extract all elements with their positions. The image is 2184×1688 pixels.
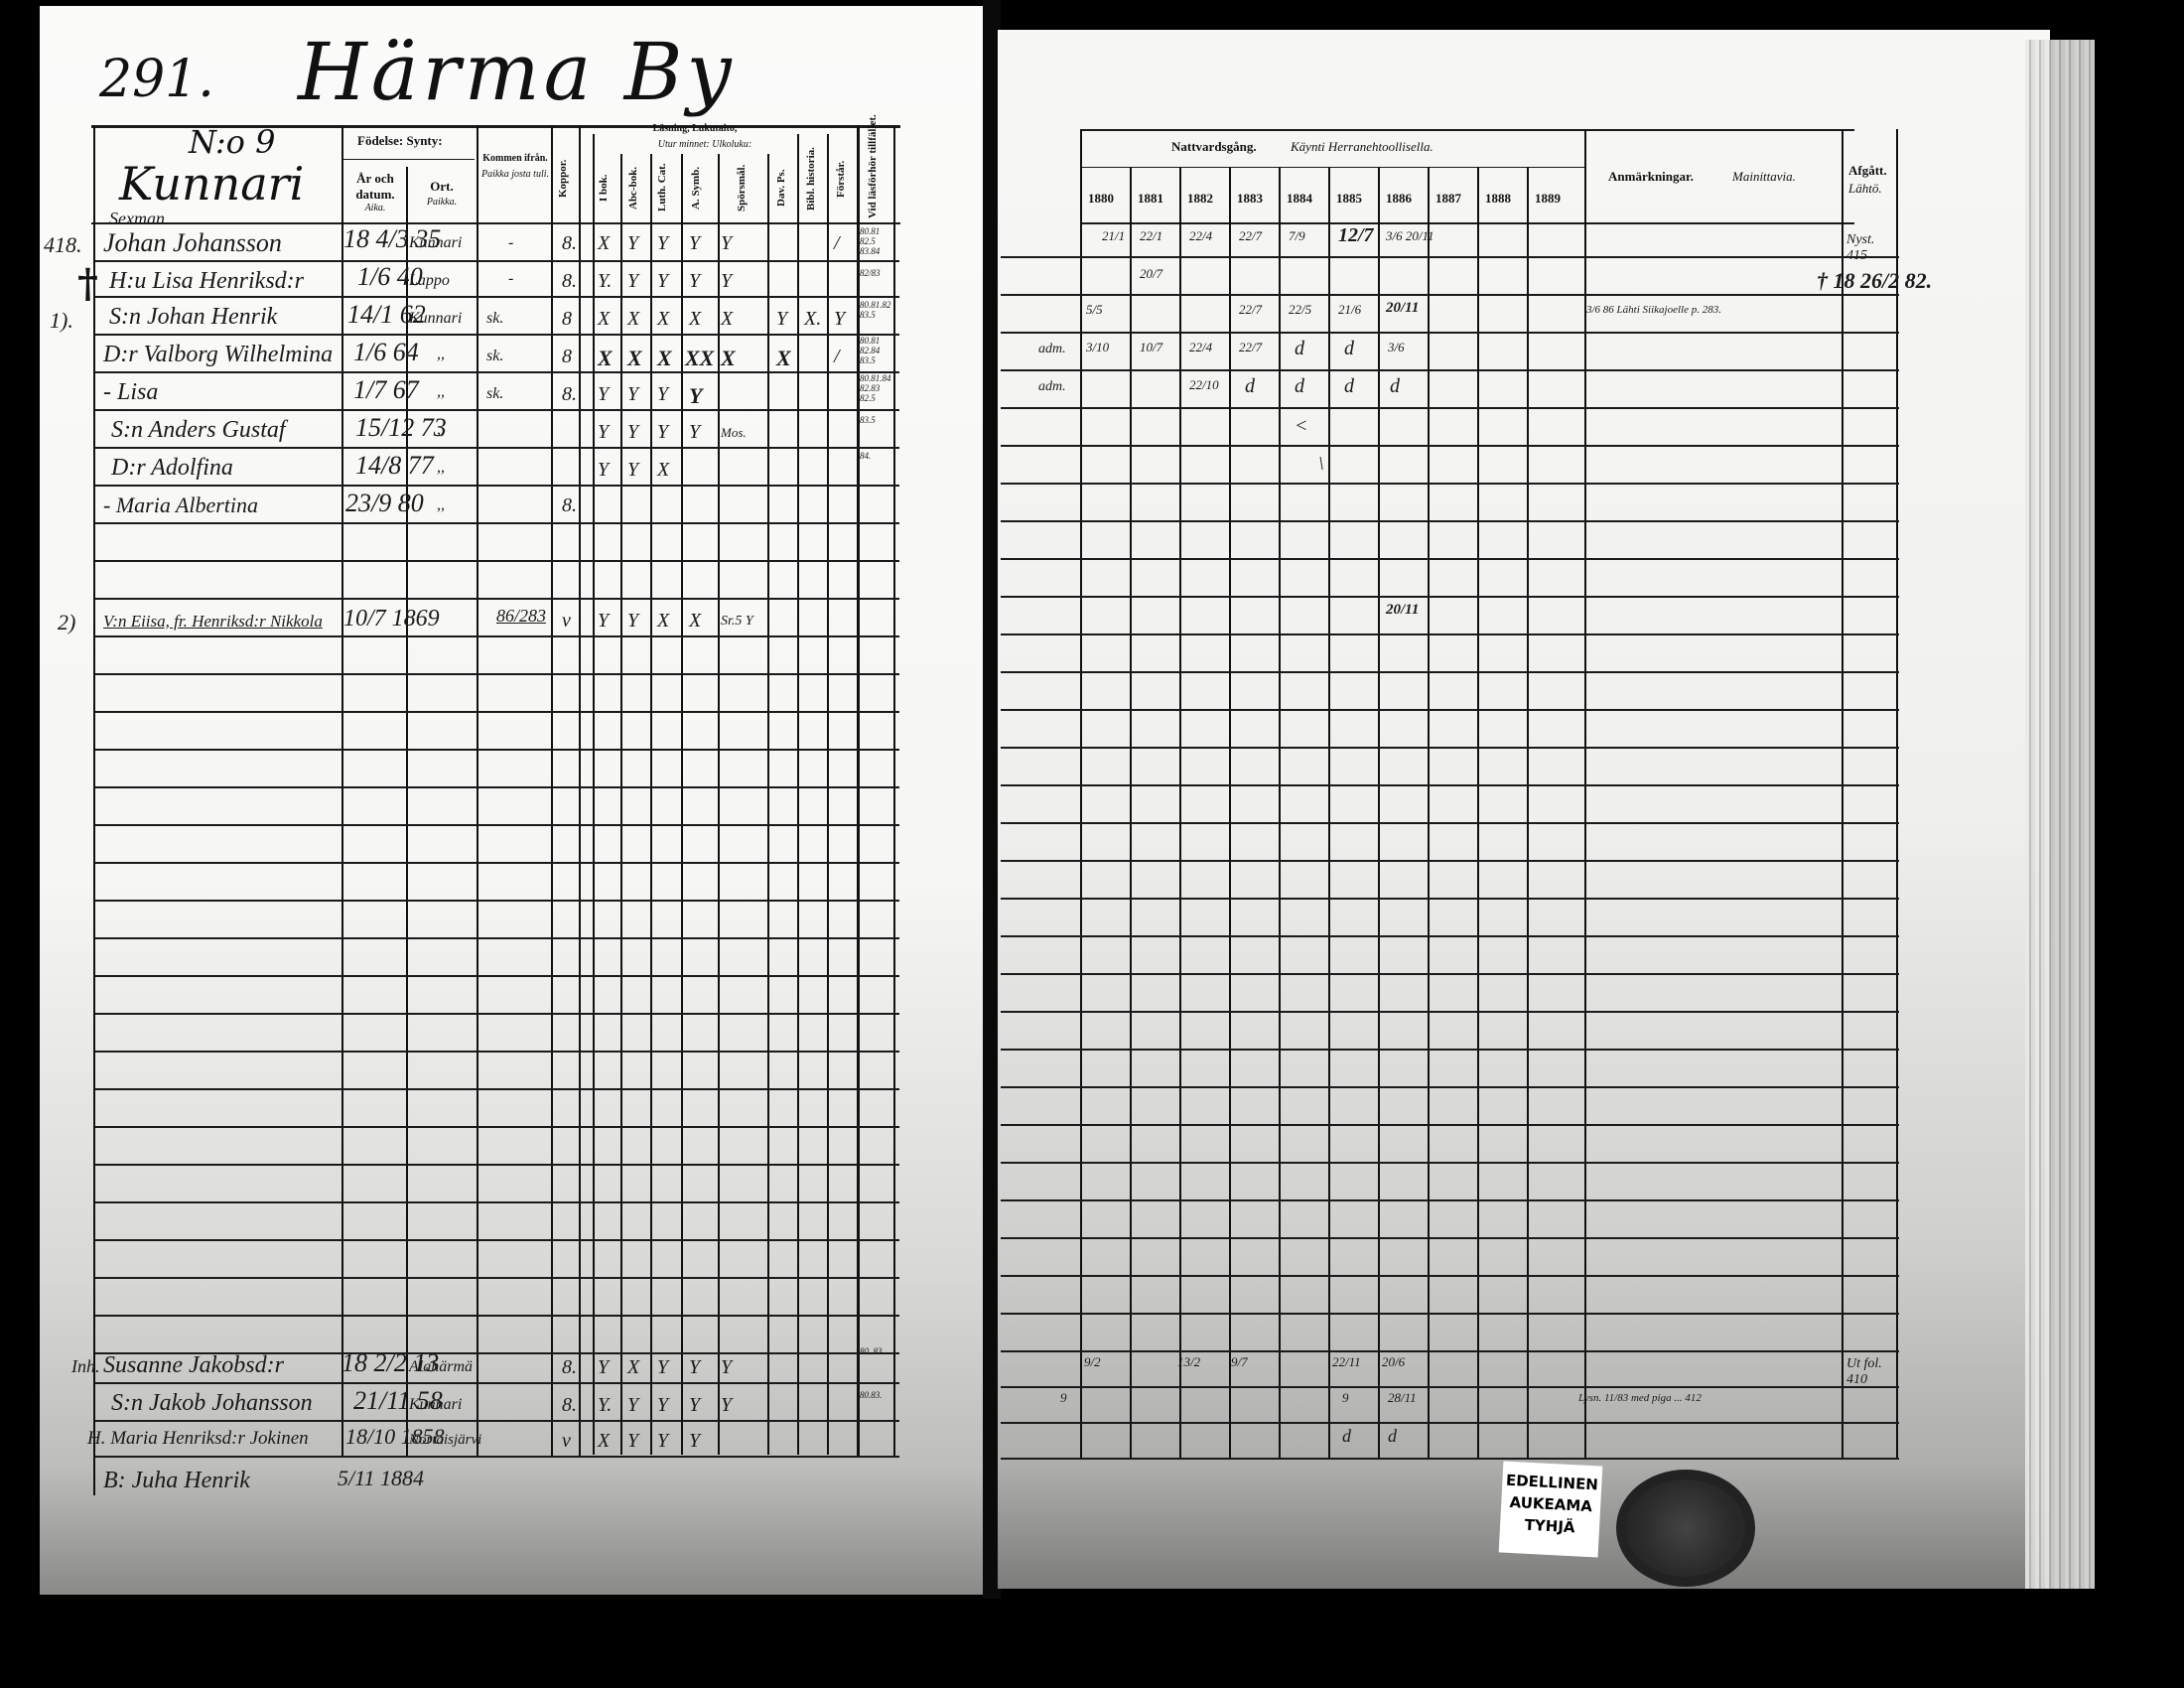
reading-group-header: Läsning, Lukutaito, [596, 123, 794, 134]
communion-header-fi: Käynti Herranehtoollisella. [1291, 139, 1433, 155]
reading-mark: Sr.5 Y [721, 614, 753, 630]
reading-mark: X [776, 346, 791, 371]
col-header: Bibl. historia. [806, 139, 817, 218]
person-name: H. Maria Henriksd:r Jokinen [87, 1428, 309, 1450]
remarks-header: Anmärkningar. [1608, 169, 1694, 185]
came-from: sk. [486, 385, 503, 403]
reading-mark: Y [721, 1394, 732, 1417]
exam-record: 80.81.82 83.5 [860, 300, 893, 320]
reading-mark: X [657, 459, 669, 482]
birth-place: Alahärmä [409, 1358, 473, 1376]
departed-header: Afgått. [1848, 163, 1887, 179]
birth-date: 1/7 67 [353, 375, 419, 405]
year-1889: 1889 [1535, 191, 1561, 207]
reading-mark: Y [689, 421, 700, 444]
departure-note: Ut fol. 410 [1846, 1356, 1892, 1388]
years-rule [1080, 167, 1584, 168]
reading-mark: Y [627, 232, 638, 255]
year-date-header: År och datum. [345, 171, 405, 203]
birth-place: Kunnari [409, 310, 462, 328]
reading-mark: Y [657, 1430, 668, 1453]
col-divider [341, 125, 343, 1456]
col-header: Luth. Cat. [657, 157, 668, 218]
birth-place: ,, [437, 383, 445, 401]
reading-mark: Y [627, 610, 638, 633]
col-divider [797, 134, 799, 1455]
reading-mark: X [598, 308, 610, 331]
reading-mark: Y [627, 1394, 638, 1417]
reading-mark: X [689, 308, 701, 331]
archive-label: EDELLINEN AUKEAMA TYHJÄ [1499, 1461, 1603, 1557]
reading-mark: Y [657, 1356, 668, 1379]
reading-mark: Y. [598, 1394, 612, 1417]
reading-mark: X [721, 308, 733, 331]
reading-mark: Y [721, 1356, 732, 1379]
person-name: - Lisa [103, 379, 158, 406]
col-header: A. Symb. [691, 157, 702, 218]
col-divider [718, 154, 720, 1455]
reading-mark: X [598, 346, 613, 371]
col-divider [551, 125, 553, 1456]
birth-place: ,, [437, 496, 445, 514]
birth-place: ,, [437, 346, 445, 363]
col-header: Förstår. [836, 139, 847, 218]
came-from-header: Kommen ifrån. [480, 153, 550, 164]
reading-mark: Y [657, 421, 668, 444]
reading-mark: Y [657, 270, 668, 293]
reading-mark: X [627, 346, 642, 371]
farm-name: Kunnari [119, 157, 304, 211]
birth-date: 15/12 73 [355, 413, 447, 443]
person-name: S:n Johan Henrik [109, 304, 277, 331]
col-divider [767, 154, 769, 1455]
sub-rule [343, 159, 475, 160]
reading-mark: X [627, 308, 639, 331]
col-divider [857, 125, 860, 1456]
reading-mark: Y [689, 232, 700, 255]
birth-date: 14/8 77 [355, 451, 434, 481]
birth-place: ,, [437, 421, 445, 439]
exam-record: 80.83. [860, 1390, 883, 1400]
reading-mark: Y [627, 1430, 638, 1453]
vaccination: v [562, 1430, 571, 1453]
vaccination: 8 [562, 346, 572, 368]
birth-place: Lappo [409, 272, 450, 290]
header-bottom-rule [91, 222, 900, 224]
col-header: Dav. Ps. [776, 157, 787, 218]
sub-label: Sexman [109, 209, 165, 229]
year-1884: 1884 [1287, 191, 1312, 207]
vaccination: 8. [562, 383, 577, 406]
came-from-header-fi: Paikka josta tuli. [480, 169, 550, 180]
person-name: D:r Adolfina [111, 455, 233, 482]
reading-mark: Y [689, 383, 702, 409]
person-name: Susanne Jakobsd:r [103, 1352, 284, 1379]
year-1883: 1883 [1237, 191, 1263, 207]
reading-mark: Y [689, 1356, 700, 1379]
reading-mark: Mos. [721, 425, 747, 441]
page-edge-stack [2025, 40, 2095, 1589]
reading-mark: Y [689, 1394, 700, 1417]
year-1885: 1885 [1336, 191, 1362, 207]
year-1887: 1887 [1435, 191, 1461, 207]
reading-mark: X [598, 1430, 610, 1453]
right-header-top-rule [1080, 129, 1854, 131]
vaccination: 8. [562, 494, 577, 517]
col-divider [681, 154, 683, 1455]
reading-mark: Y [657, 232, 668, 255]
vaccination: v [562, 610, 571, 633]
col-header: Vid läsförhör tillfället. [868, 127, 879, 218]
village-title: Härma By [298, 26, 736, 118]
death-date: † 18 26/2 82. [1817, 268, 1932, 294]
left-border [93, 125, 95, 1495]
reading-mark: Y [627, 383, 638, 406]
exam-record: 82/83 [860, 268, 881, 278]
reading-mark: XX [685, 346, 714, 371]
person-name: V:n Eiisa, fr. Henriksd:r Nikkola [103, 612, 323, 632]
reading-mark: Y [627, 270, 638, 293]
reading-mark: Y [598, 610, 609, 633]
person-name: S:n Jakob Johansson [111, 1390, 313, 1417]
reading-mark: / [834, 232, 840, 255]
year-1886: 1886 [1386, 191, 1412, 207]
year-date-header-fi: Aika. [345, 203, 405, 213]
exam-record: 80.81 82.5 83.84 [860, 226, 893, 256]
reading-mark: X [598, 232, 610, 255]
reading-mark: Y [598, 459, 609, 482]
birth-place: Kunnari [409, 234, 462, 252]
person-name: B: Juha Henrik [103, 1468, 250, 1494]
col-divider [477, 125, 478, 1456]
came-from: sk. [486, 310, 503, 328]
year-1880: 1880 [1088, 191, 1114, 207]
vaccinated-header: Koppor. [558, 139, 569, 218]
margin-label: Inh. [71, 1356, 100, 1377]
birth-place: Kunnari [409, 1396, 462, 1414]
person-name: - Maria Albertina [103, 492, 258, 518]
reading-mark: X. [804, 308, 821, 331]
reading-mark: X [657, 346, 672, 371]
col-divider [593, 134, 595, 1455]
birth-date: 23/9 80 [345, 489, 424, 518]
exam-record: 80.81 82.84 83.5 [860, 336, 893, 365]
birth-group-header: Födelse: Synty: [357, 133, 443, 149]
reading-mark: Y [598, 383, 609, 406]
col-divider [620, 154, 622, 1455]
departed-header-fi: Lähtö. [1848, 181, 1882, 197]
church-stamp-icon [1616, 1470, 1755, 1587]
col-header: Abc-bok. [628, 157, 639, 218]
reading-mark: Y [657, 383, 668, 406]
vaccination: 8 [562, 308, 572, 331]
departure-note: Nyst. 415 [1846, 232, 1892, 264]
admission-note: adm. [1038, 379, 1066, 395]
col-header: I bok. [599, 157, 610, 218]
exam-record: 80.81.84 82.83 82.5 [860, 373, 893, 403]
exam-record: 84. [860, 451, 871, 461]
margin-number: 2) [58, 610, 75, 635]
reading-mark: Y [776, 308, 787, 331]
reading-mark: Y. [598, 270, 612, 293]
came-from: - [508, 234, 513, 252]
remark-text: Lysn. 11/83 med piga ... 412 [1578, 1392, 1702, 1404]
vaccination: 8. [562, 270, 577, 293]
person-name: S:n Anders Gustaf [111, 417, 286, 444]
death-cross-icon: † [77, 260, 98, 307]
margin-number: 1). [50, 308, 73, 334]
right-page [998, 30, 2050, 1589]
exam-record: 83.5 [860, 415, 876, 425]
col-divider [827, 134, 829, 1455]
communion-mark: < [1295, 415, 1308, 438]
place-header-fi: Paikka. [409, 197, 475, 208]
birth-date: 5/11 1884 [338, 1466, 424, 1491]
vaccination: 8. [562, 232, 577, 255]
reading-mark: X [689, 610, 701, 633]
birth-place: Nortaisjärvi [409, 1432, 481, 1449]
reading-mark: Y [627, 421, 638, 444]
margin-number: 418. [44, 232, 82, 258]
birth-date: 10/7 1869 [343, 606, 440, 633]
communion-header: Nattvardsgång. [1171, 139, 1257, 155]
reading-mark: X [627, 1356, 639, 1379]
reading-mark: Y [627, 459, 638, 482]
reading-mark: Y [721, 232, 732, 255]
communion-mark: \ [1318, 453, 1324, 476]
reading-mark: Y [657, 1394, 668, 1417]
page-number: 291. [99, 50, 214, 109]
remarks-header-fi: Mainittavia. [1732, 169, 1796, 185]
reading-mark: X [657, 308, 669, 331]
by-heart-group-header: Utur minnet: Ulkoluku: [615, 139, 794, 150]
communion-mark: 20/11 [1386, 602, 1419, 619]
col-header: Spörsmål. [737, 157, 748, 218]
col-divider [650, 154, 652, 1455]
reading-mark: Y [834, 308, 845, 331]
exam-record: 80. 83. [860, 1346, 893, 1356]
birth-date: 1/6 64 [353, 338, 419, 367]
scan-background [0, 1599, 2184, 1688]
reading-mark: / [834, 346, 840, 368]
came-from: sk. [486, 348, 503, 365]
person-name: D:r Valborg Wilhelmina [103, 342, 333, 368]
reading-mark: Y [598, 421, 609, 444]
reading-mark: Y [689, 1430, 700, 1453]
reading-mark: X [721, 346, 736, 371]
vaccination: 8. [562, 1394, 577, 1417]
admission-note: adm. [1038, 342, 1066, 357]
reading-mark: Y [721, 270, 732, 293]
right-header-bottom-rule [1080, 222, 1854, 224]
reading-mark: Y [598, 1356, 609, 1379]
reading-mark: X [657, 610, 669, 633]
remark-text: 3/6 86 Lähti Siikajoelle p. 283. [1586, 304, 1721, 316]
vaccination: 8. [562, 1356, 577, 1379]
col-divider [579, 125, 581, 1456]
person-name: H:u Lisa Henriksd:r [109, 268, 304, 295]
came-from: 86/283 [496, 606, 546, 627]
household-number: N:o 9 [189, 123, 275, 161]
year-1881: 1881 [1138, 191, 1163, 207]
reading-mark: Y [689, 270, 700, 293]
year-1882: 1882 [1187, 191, 1213, 207]
birth-place: ,, [437, 459, 445, 477]
col-divider [893, 125, 895, 1456]
person-name: Johan Johansson [103, 228, 282, 258]
place-header: Ort. [409, 179, 475, 195]
came-from: - [508, 270, 513, 288]
year-1888: 1888 [1485, 191, 1511, 207]
